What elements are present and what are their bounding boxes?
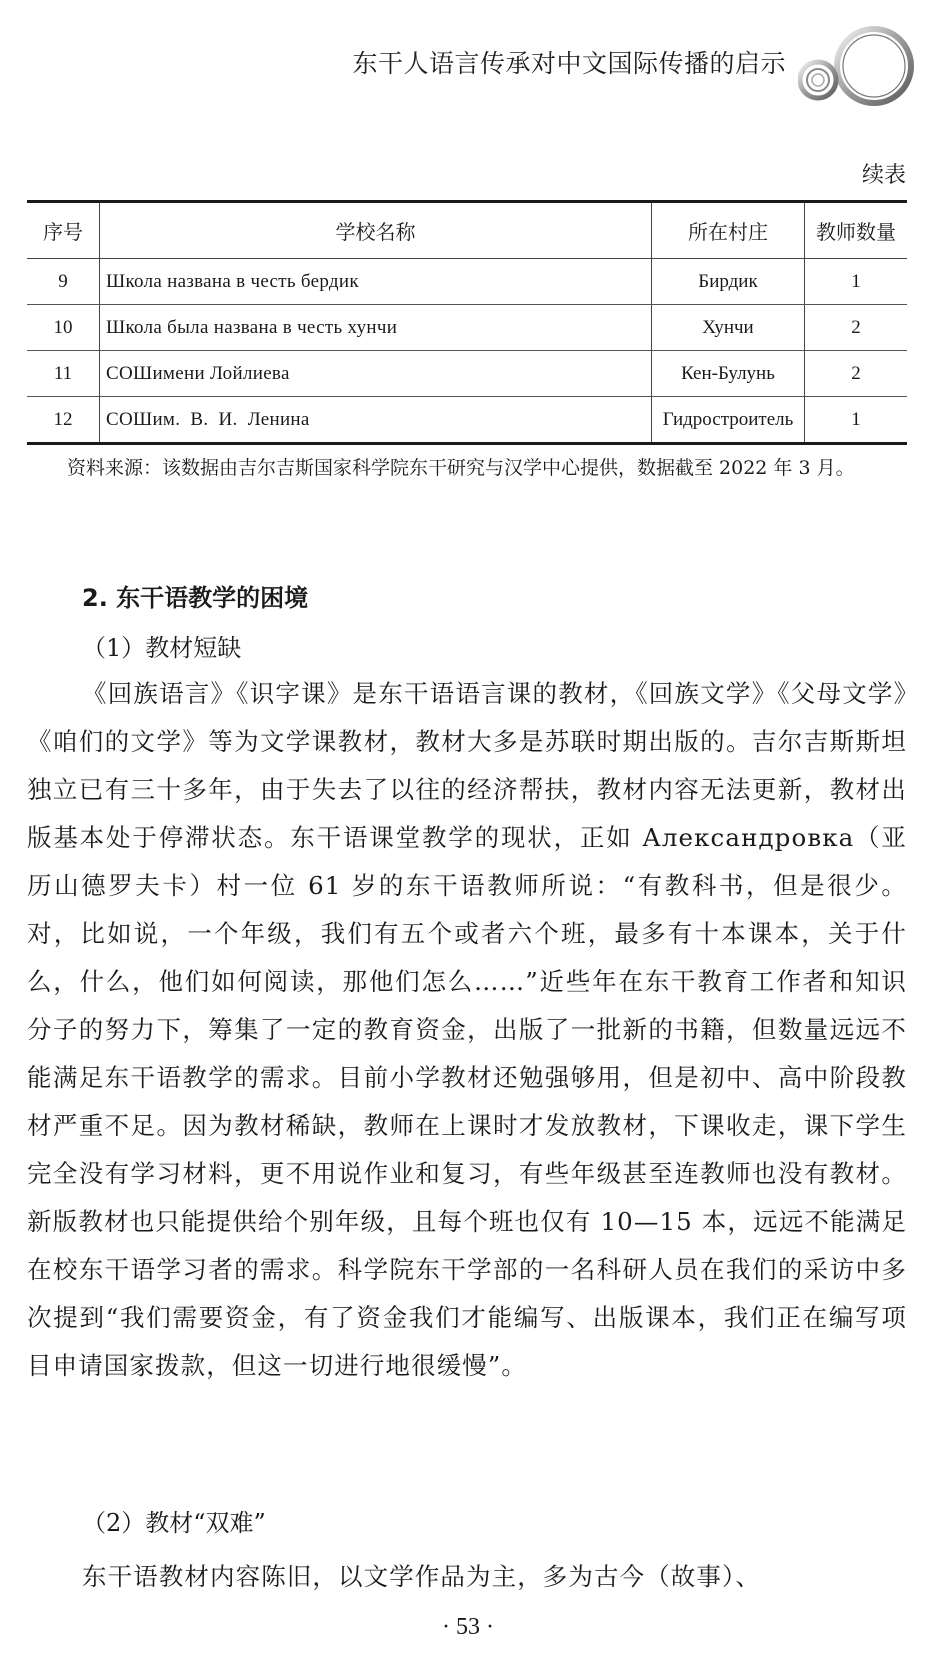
column-header-village: 所在村庄 bbox=[652, 202, 805, 259]
row-number: 9 bbox=[27, 259, 100, 305]
teacher-count: 1 bbox=[805, 397, 908, 444]
subsection-heading-1: （1）教材短缺 bbox=[82, 628, 241, 663]
column-header-school-name: 学校名称 bbox=[100, 202, 652, 259]
teacher-count: 2 bbox=[805, 305, 908, 351]
table-row: 11 СОШимени Лойлиева Кен-Булунь 2 bbox=[27, 351, 907, 397]
row-number: 10 bbox=[27, 305, 100, 351]
teacher-count: 2 bbox=[805, 351, 908, 397]
village-name: Бирдик bbox=[652, 259, 805, 305]
subsection-heading-2: （2）教材“双难” bbox=[82, 1503, 266, 1538]
village-name: Кен-Булунь bbox=[652, 351, 805, 397]
table-header-row: 序号 学校名称 所在村庄 教师数量 bbox=[27, 202, 907, 259]
school-name: Школа была названа в честь хунчи bbox=[100, 305, 652, 351]
table-row: 12 СОШим. В. И. Ленина Гидростроитель 1 bbox=[27, 397, 907, 444]
school-name: СОШимени Лойлиева bbox=[100, 351, 652, 397]
school-name: СОШим. В. И. Ленина bbox=[100, 397, 652, 444]
village-name: Гидростроитель bbox=[652, 397, 805, 444]
schools-table: 序号 学校名称 所在村庄 教师数量 9 Школа названа в чест… bbox=[27, 200, 907, 445]
school-name: Школа названа в честь бердик bbox=[100, 259, 652, 305]
page-number: · 53 · bbox=[0, 1614, 936, 1641]
table-row: 9 Школа названа в честь бердик Бирдик 1 bbox=[27, 259, 907, 305]
table-source-note: 资料来源：该数据由吉尔吉斯国家科学院东干研究与汉学中心提供，数据截至 2022 … bbox=[27, 450, 907, 486]
row-number: 12 bbox=[27, 397, 100, 444]
body-paragraph-1: 《回族语言》《识字课》是东干语语言课的教材，《回族文学》《父母文学》《咱们的文学… bbox=[27, 670, 907, 1390]
body-paragraph-2: 东干语教材内容陈旧，以文学作品为主，多为古今（故事）、 bbox=[27, 1553, 907, 1601]
column-header-teacher-count: 教师数量 bbox=[805, 202, 908, 259]
table-continued-label: 续表 bbox=[862, 158, 906, 189]
column-header-number: 序号 bbox=[27, 202, 100, 259]
village-name: Хунчи bbox=[652, 305, 805, 351]
section-heading: 2. 东干语教学的困境 bbox=[82, 578, 308, 613]
row-number: 11 bbox=[27, 351, 100, 397]
teacher-count: 1 bbox=[805, 259, 908, 305]
table-row: 10 Школа была названа в честь хунчи Хунч… bbox=[27, 305, 907, 351]
running-header-title: 东干人语言传承对中文国际传播的启示 bbox=[352, 44, 786, 80]
double-circle-logo-icon bbox=[798, 26, 916, 108]
